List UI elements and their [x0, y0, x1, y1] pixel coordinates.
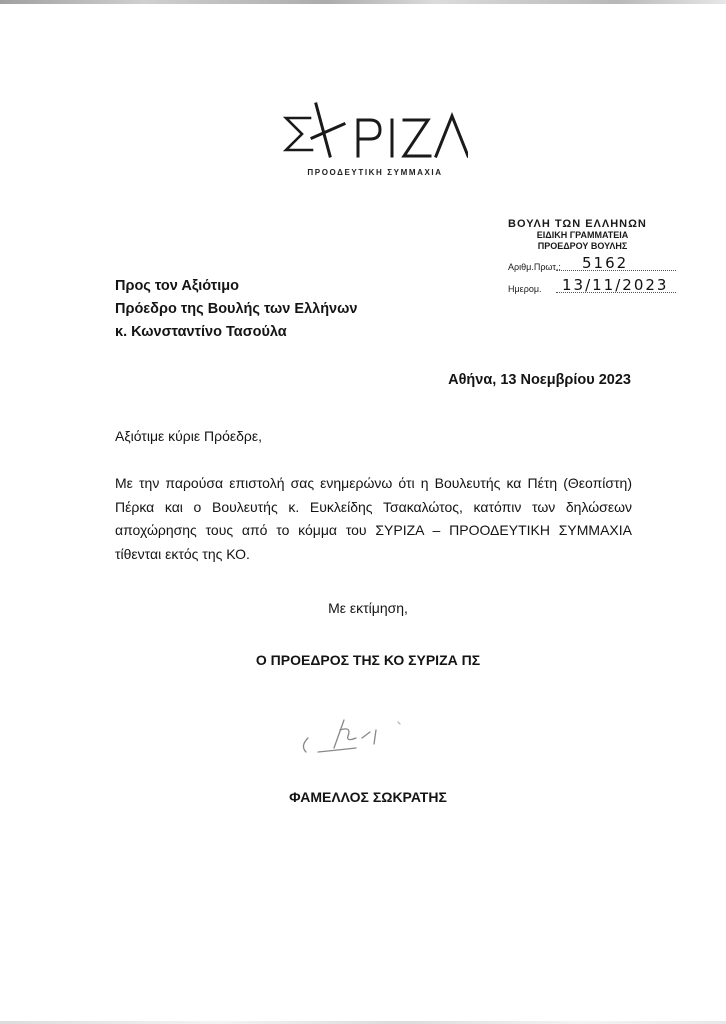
recipient-line-3: κ. Κωνσταντίνο Τασούλα	[115, 321, 357, 344]
letter-date: Αθήνα, 13 Νοεμβρίου 2023	[448, 372, 631, 388]
syriza-logo-icon	[282, 102, 468, 160]
closing: Με εκτίμηση,	[0, 600, 726, 616]
recipient-line-1: Προς τον Αξιότιμο	[115, 275, 357, 298]
stamp-line-2: ΕΙΔΙΚΗ ΓΡΑΜΜΑΤΕΙΑ	[500, 230, 665, 241]
protocol-label: Αριθμ.Πρωτ.:	[508, 262, 561, 272]
scan-edge-top	[0, 0, 726, 4]
party-logo: ΠΡΟΟΔΕΥΤΙΚΗ ΣΥΜΜΑΧΙΑ	[280, 102, 470, 182]
recipient-block: Προς τον Αξιότιμο Πρόεδρο της Βουλής των…	[115, 275, 357, 344]
date-label: Ημερομ.	[508, 284, 542, 294]
parliament-stamp: ΒΟΥΛΗ ΤΩΝ ΕΛΛΗΝΩΝ ΕΙΔΙΚΗ ΓΡΑΜΜΑΤΕΙΑ ΠΡΟΕ…	[500, 218, 690, 296]
logo-subtitle: ΠΡΟΟΔΕΥΤΙΚΗ ΣΥΜΜΑΧΙΑ	[280, 168, 470, 177]
recipient-line-2: Πρόεδρο της Βουλής των Ελλήνων	[115, 298, 357, 321]
letter-body: Με την παρούσα επιστολή σας ενημερώνω ότ…	[115, 472, 632, 566]
signatory-title: Ο ΠΡΟΕΔΡΟΣ ΤΗΣ ΚΟ ΣΥΡΙΖΑ ΠΣ	[0, 652, 726, 668]
stamp-line-1: ΒΟΥΛΗ ΤΩΝ ΕΛΛΗΝΩΝ	[500, 218, 690, 230]
signatory-name: ΦΑΜΕΛΛΟΣ ΣΩΚΡΑΤΗΣ	[0, 789, 726, 805]
salutation: Αξιότιμε κύριε Πρόεδρε,	[115, 428, 262, 444]
stamp-date-row: Ημερομ. 13/11/2023	[500, 278, 690, 296]
handwritten-signature	[298, 712, 438, 757]
protocol-number: 5162	[582, 254, 628, 272]
stamp-line-3: ΠΡΟΕΔΡΟΥ ΒΟΥΛΗΣ	[500, 241, 665, 252]
signature-icon	[298, 712, 438, 757]
stamp-date: 13/11/2023	[562, 276, 668, 294]
stamp-protocol-row: Αριθμ.Πρωτ.: 5162	[500, 256, 690, 274]
